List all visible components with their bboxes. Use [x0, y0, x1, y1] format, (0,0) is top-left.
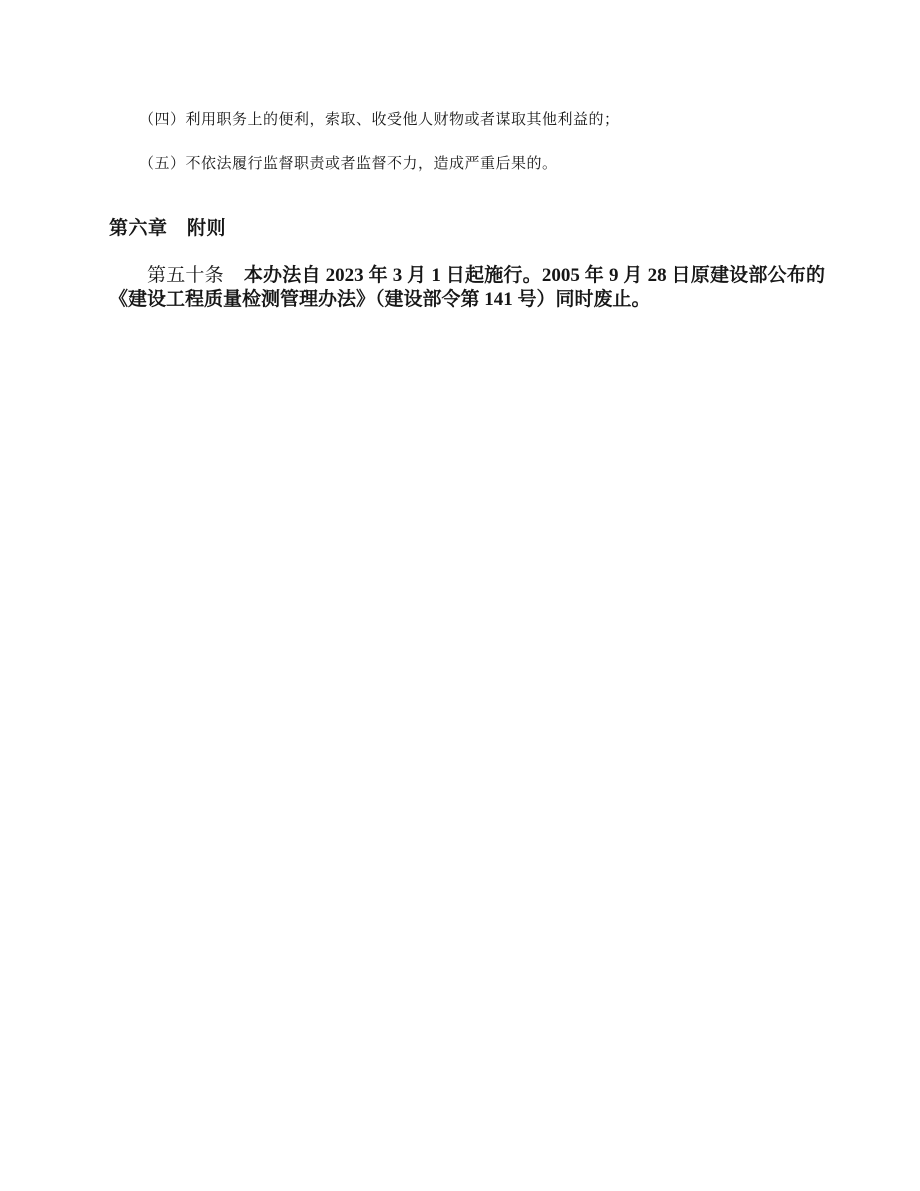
clause-item-4: （四）利用职务上的便利，索取、收受他人财物或者谋取其他利益的； — [109, 110, 729, 130]
clause-item-5: （五）不依法履行监督职责或者监督不力，造成严重后果的。 — [109, 154, 729, 174]
final-article-paragraph: 第五十条本办法自 2023 年 3 月 1 日起施行。2005 年 9 月 28… — [109, 264, 825, 312]
chapter-heading: 第六章 附则 — [109, 216, 226, 242]
document-page: （四）利用职务上的便利，索取、收受他人财物或者谋取其他利益的； （五）不依法履行… — [0, 0, 920, 1191]
article-number: 第五十条 — [147, 265, 224, 286]
